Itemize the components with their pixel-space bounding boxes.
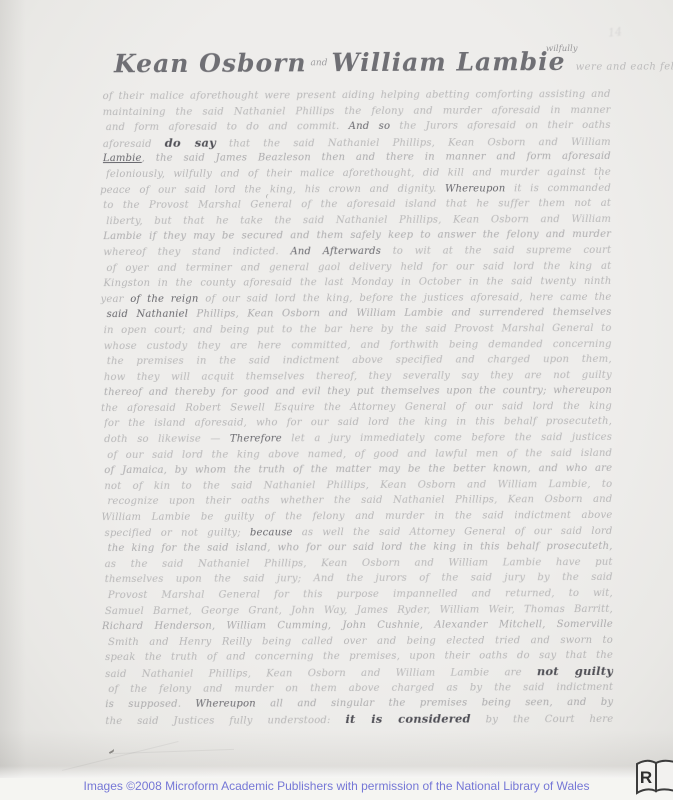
scanned-page-view: { "document": { "heading": { "name1": "K… (0, 0, 673, 800)
copyright-credit: Images ©2008 Microform Academic Publishe… (84, 779, 590, 793)
interlined-word: wilfully (546, 44, 578, 54)
document-heading: Kean OsbornandWilliam Lambiewere and eac… (114, 47, 619, 86)
heading-trailing-text: were and each feloniously (576, 61, 673, 73)
ink-speck (599, 176, 603, 180)
book-right-page (656, 761, 673, 793)
folio-mark: 14 (607, 25, 622, 39)
manuscript-line: the said Justices fully understood: it i… (105, 711, 613, 729)
copyright-footer: Images ©2008 Microform Academic Publishe… (0, 779, 673, 797)
paper-crease (62, 741, 179, 771)
microform-book-logo: R (632, 756, 673, 798)
paper-crease (112, 749, 234, 754)
scanned-manuscript-page: 14 Kean OsbornandWilliam Lambiewere and … (0, 0, 673, 778)
ink-mark (107, 746, 115, 754)
heading-conjunction: and (310, 58, 327, 68)
manuscript-lines: of their malice aforethought were presen… (103, 87, 614, 729)
logo-letter-r: R (640, 768, 652, 787)
scan-edge-shadow (0, 730, 673, 778)
scan-edge-shadow (0, 0, 26, 778)
heading-name-2: William Lambie (331, 47, 565, 77)
heading-name-1: Kean Osborn (114, 48, 307, 78)
